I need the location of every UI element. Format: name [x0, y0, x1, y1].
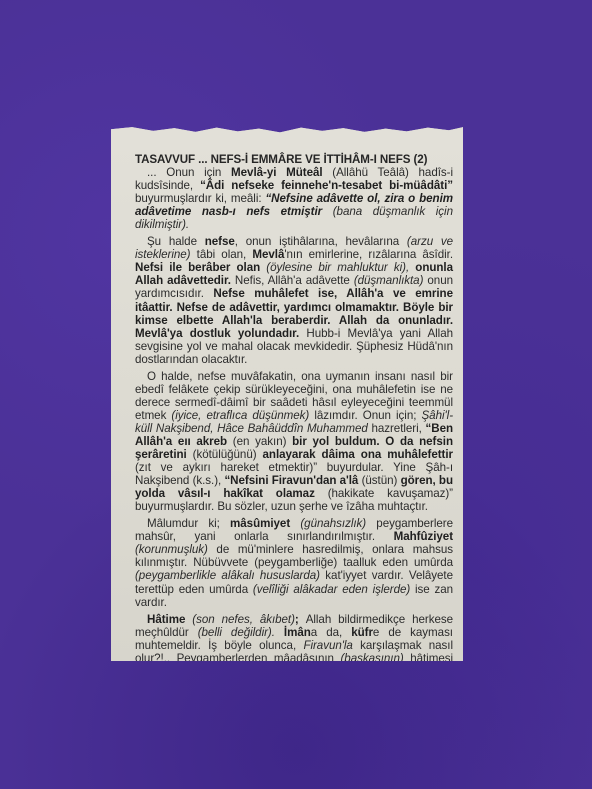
article-paragraph: ... Onun için Mevlâ-yi Müteâl (Allâhü Te… — [135, 166, 453, 231]
article-body: TASAVVUF ... NEFS-İ EMMÂRE VE İTTİHÂM-I … — [135, 153, 453, 682]
article-paragraph: Hâtime (son nefes, âkıbet); Allah bildir… — [135, 613, 453, 678]
article-paragraphs: ... Onun için Mevlâ-yi Müteâl (Allâhü Te… — [135, 166, 453, 678]
article-paragraph: Mâlumdur ki; mâsûmiyet (günahsızlık) pey… — [135, 517, 453, 608]
article-title: TASAVVUF ... NEFS-İ EMMÂRE VE İTTİHÂM-I … — [135, 153, 453, 166]
article-paragraph: O halde, nefse muvâfakatin, ona uymanın … — [135, 370, 453, 514]
article-paragraph: Şu halde nefse, onun iştihâlarına, hevâl… — [135, 235, 453, 365]
newspaper-clipping: TASAVVUF ... NEFS-İ EMMÂRE VE İTTİHÂM-I … — [111, 126, 463, 661]
